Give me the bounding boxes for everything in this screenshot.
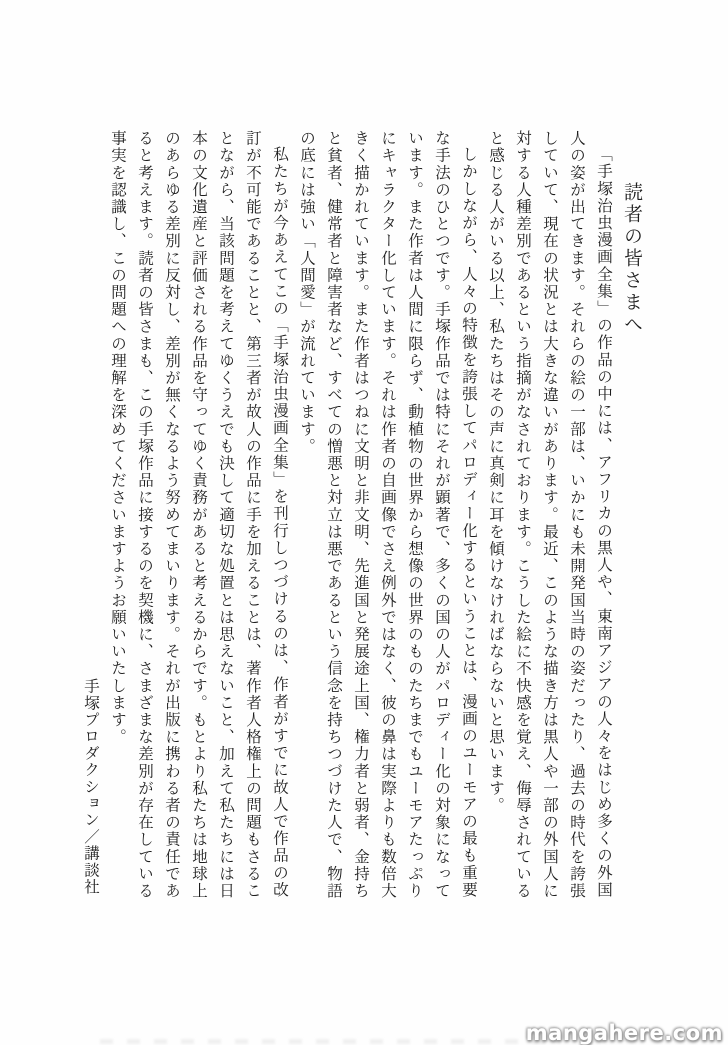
scanned-book-page: 読者の皆さまへ 「手塚治虫漫画全集」の作品の中には、アフリカの黒人や、東南アジア… (0, 0, 728, 1045)
scan-edge-artifact (100, 1039, 560, 1044)
page-title: 読者の皆さまへ (617, 130, 646, 908)
publisher-signature: 手塚プロダクション／講談社 (77, 130, 104, 908)
notice-paragraph-1: 「手塚治虫漫画全集」の作品の中には、アフリカの黒人や、東南アジアの人々をはじめ多… (482, 130, 617, 908)
notice-paragraph-2: しかしながら、人々の特徴を誇張してパロディー化するということは、漫画のユーモアの… (293, 130, 482, 908)
reader-notice-text-block: 読者の皆さまへ 「手塚治虫漫画全集」の作品の中には、アフリカの黒人や、東南アジア… (77, 130, 646, 908)
site-watermark: mangahere.com (526, 1021, 723, 1045)
notice-paragraph-3: 私たちが今あえてこの「手塚治虫漫画全集」を刊行しつづけるのは、作者がすでに故人で… (104, 130, 293, 908)
